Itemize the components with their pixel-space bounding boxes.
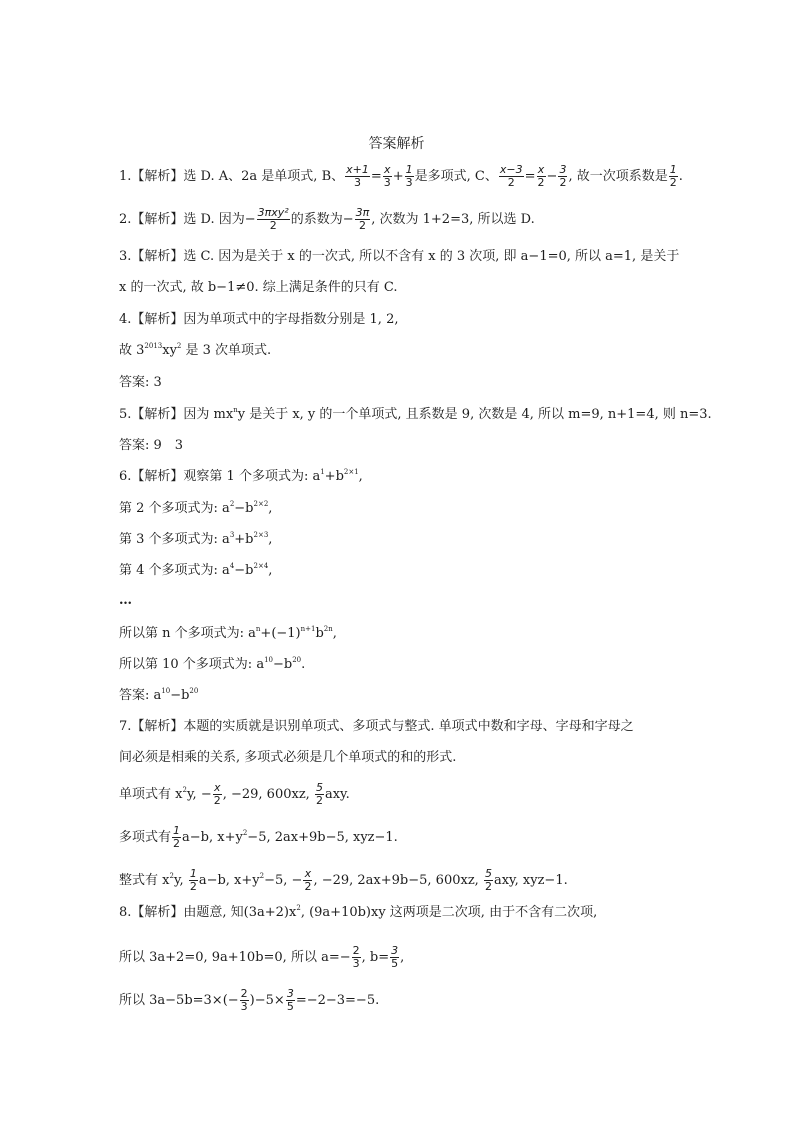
- answer-5-result: 答案: 9 3: [119, 438, 183, 454]
- fraction: 52: [484, 868, 493, 893]
- answer-6-line-1: 6.【解析】观察第 1 个多项式为: a1+b2×1,: [119, 469, 363, 485]
- fraction: x2: [303, 868, 312, 893]
- answer-4-line-2: 故 32013xy2 是 3 次单项式.: [119, 343, 271, 359]
- fraction: x2: [213, 782, 222, 807]
- fraction: 13: [405, 164, 414, 189]
- fraction: 35: [390, 945, 399, 970]
- answer-6-line-3: 第 3 个多项式为: a3+b2×3,: [119, 532, 272, 548]
- answer-1: 1.【解析】选 D. A、2a 是单项式, B、x+13=x3+13是多项式, …: [119, 164, 683, 189]
- fraction: 12: [189, 868, 198, 893]
- fraction: 12: [172, 825, 181, 850]
- answer-8-line-2: 所以 3a+2=0, 9a+10b=0, 所以 a=−23, b=35,: [119, 945, 404, 970]
- answer-8-line-3: 所以 3a−5b=3×(−23)−5×35=−2−3=−5.: [119, 988, 379, 1013]
- page-title: 答案解析: [0, 133, 793, 153]
- answer-7-line-2: 间必须是相乘的关系, 多项式必须是几个单项式的和的形式.: [119, 750, 456, 766]
- fraction: 3π2: [355, 207, 371, 232]
- answer-2: 2.【解析】选 D. 因为−3πxy²2的系数为−3π2, 次数为 1+2=3,…: [119, 207, 535, 232]
- answer-7-line-1: 7.【解析】本题的实质就是识别单项式、多项式与整式. 单项式中数和字母、字母和字…: [119, 719, 634, 735]
- ellipsis: …: [119, 593, 132, 609]
- answer-4-result: 答案: 3: [119, 375, 162, 391]
- answer-5: 5.【解析】因为 mxny 是关于 x, y 的一个单项式, 且系数是 9, 次…: [119, 407, 712, 423]
- answer-3-line-2: x 的一次式, 故 b−1≠0. 综上满足条件的只有 C.: [119, 280, 398, 296]
- fraction: x−32: [499, 164, 524, 189]
- fraction: 52: [315, 782, 324, 807]
- answer-3-line-1: 3.【解析】选 C. 因为是关于 x 的一次式, 所以不含有 x 的 3 次项,…: [119, 249, 679, 265]
- answer-4-line-1: 4.【解析】因为单项式中的字母指数分别是 1, 2,: [119, 312, 398, 328]
- fraction: 23: [352, 945, 361, 970]
- answer-7-polynomials: 多项式有12a−b, x+y2−5, 2ax+9b−5, xyz−1.: [119, 825, 398, 850]
- fraction: 3πxy²2: [257, 207, 290, 232]
- answer-7-monomials: 单项式有 x2y, −x2, −29, 600xz, 52axy.: [119, 782, 350, 807]
- answer-8-line-1: 8.【解析】由题意, 知(3a+2)x2, (9a+10b)xy 这两项是二次项…: [119, 905, 597, 921]
- fraction: 23: [240, 988, 249, 1013]
- answer-6-line-5: 所以第 n 个多项式为: an+(−1)n+1b2n,: [119, 626, 337, 642]
- document-page: 答案解析 1.【解析】选 D. A、2a 是单项式, B、x+13=x3+13是…: [0, 0, 793, 1122]
- answer-6-line-2: 第 2 个多项式为: a2−b2×2,: [119, 501, 272, 517]
- fraction: x3: [383, 164, 392, 189]
- fraction: 12: [669, 164, 678, 189]
- fraction: x+13: [345, 164, 370, 189]
- answer-6-line-6: 所以第 10 个多项式为: a10−b20.: [119, 657, 305, 673]
- fraction: 35: [286, 988, 295, 1013]
- answer-1-text: 1.【解析】选 D. A、2a 是单项式, B、: [119, 169, 344, 184]
- fraction: 32: [558, 164, 567, 189]
- answer-6-result: 答案: a10−b20: [119, 688, 198, 704]
- answer-7-integral-expressions: 整式有 x2y, 12a−b, x+y2−5, −x2, −29, 2ax+9b…: [119, 868, 568, 893]
- answer-6-line-4: 第 4 个多项式为: a4−b2×4,: [119, 563, 272, 579]
- fraction: x2: [537, 164, 546, 189]
